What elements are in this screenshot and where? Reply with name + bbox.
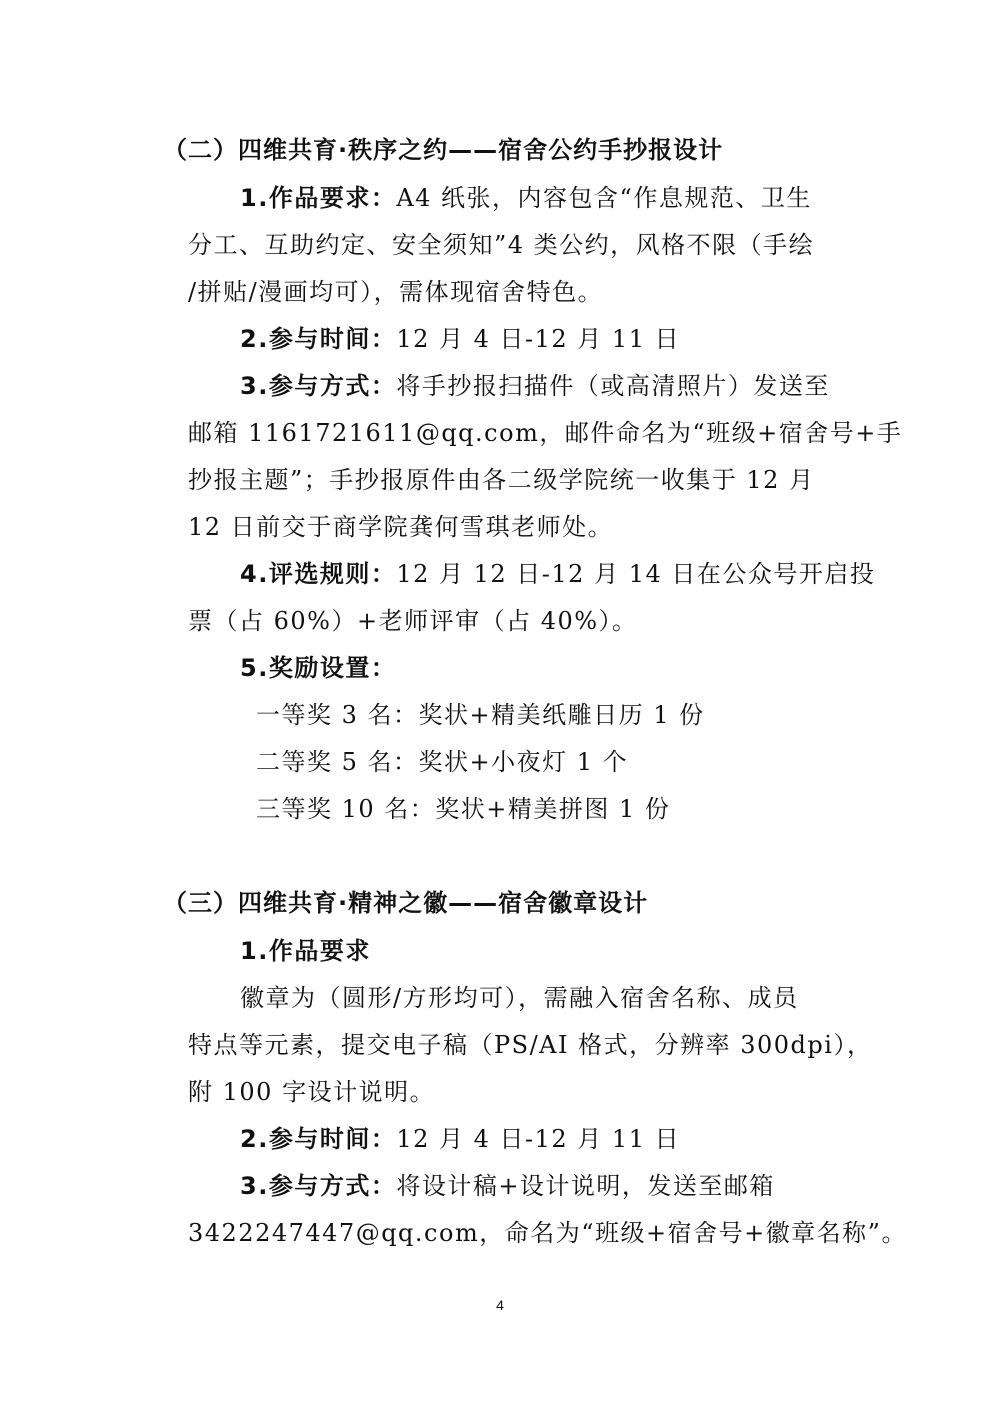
- item-text: 12 月 4 日-12 月 11 日: [396, 325, 680, 353]
- item-text: A4 纸张，内容包含“作息规范、卫生: [396, 184, 812, 212]
- body-line: 12 日前交于商学院龚何雪琪老师处。: [188, 512, 613, 542]
- item-label: 2.参与时间：: [240, 325, 396, 353]
- item-label: 2.参与时间：: [240, 1125, 396, 1153]
- section-2-item-3: 3.参与方式：将手抄报扫描件（或高清照片）发送至: [240, 371, 830, 401]
- section-2-item-1: 1.作品要求：A4 纸张，内容包含“作息规范、卫生: [240, 183, 812, 213]
- item-text: 将设计稿+设计说明，发送至邮箱: [396, 1172, 775, 1200]
- section-2-title: （二）四维共育·秩序之约——宿舍公约手抄报设计: [163, 135, 723, 165]
- item-label: 1.作品要求：: [240, 184, 396, 212]
- body-line: 徽章为（圆形/方形均可），需融入宿舍名称、成员: [240, 983, 799, 1013]
- prize-line-third: 三等奖 10 名：奖状+精美拼图 1 份: [256, 794, 670, 824]
- prize-line-second: 二等奖 5 名：奖状+小夜灯 1 个: [256, 747, 628, 777]
- item-label: 1.作品要求: [240, 937, 371, 965]
- body-line: 抄报主题”；手抄报原件由各二级学院统一收集于 12 月: [188, 465, 815, 495]
- body-line: /拼贴/漫画均可），需体现宿舍特色。: [188, 277, 603, 307]
- section-3-title: （三）四维共育·精神之徽——宿舍徽章设计: [163, 888, 648, 918]
- section-3-item-2: 2.参与时间：12 月 4 日-12 月 11 日: [240, 1124, 680, 1154]
- section-2-item-2: 2.参与时间：12 月 4 日-12 月 11 日: [240, 324, 680, 354]
- body-line: 邮箱 1161721611@qq.com，邮件命名为“班级+宿舍号+手: [188, 418, 902, 448]
- body-line: 3422247447@qq.com，命名为“班级+宿舍号+徽章名称”。: [188, 1218, 907, 1248]
- section-3-item-3: 3.参与方式：将设计稿+设计说明，发送至邮箱: [240, 1171, 775, 1201]
- item-label: 3.参与方式：: [240, 372, 396, 400]
- section-3-item-1: 1.作品要求: [240, 936, 371, 966]
- item-text: 12 月 12 日-12 月 14 日在公众号开启投: [396, 560, 875, 588]
- item-label: 4.评选规则：: [240, 560, 396, 588]
- body-line: 附 100 字设计说明。: [188, 1077, 435, 1107]
- item-label: 5.奖励设置：: [240, 654, 396, 682]
- body-line: 票（占 60%）+老师评审（占 40%）。: [188, 606, 638, 636]
- item-text: 12 月 4 日-12 月 11 日: [396, 1125, 680, 1153]
- prize-line-first: 一等奖 3 名：奖状+精美纸雕日历 1 份: [256, 700, 705, 730]
- item-label: 3.参与方式：: [240, 1172, 396, 1200]
- section-2-item-4: 4.评选规则：12 月 12 日-12 月 14 日在公众号开启投: [240, 559, 875, 589]
- item-text: 将手抄报扫描件（或高清照片）发送至: [396, 372, 830, 400]
- page-number: 4: [0, 1297, 1000, 1313]
- section-2-item-5: 5.奖励设置：: [240, 653, 396, 683]
- body-line: 分工、互助约定、安全须知”4 类公约，风格不限（手绘: [188, 230, 814, 260]
- body-line: 特点等元素，提交电子稿（PS/AI 格式，分辨率 300dpi），: [188, 1030, 872, 1060]
